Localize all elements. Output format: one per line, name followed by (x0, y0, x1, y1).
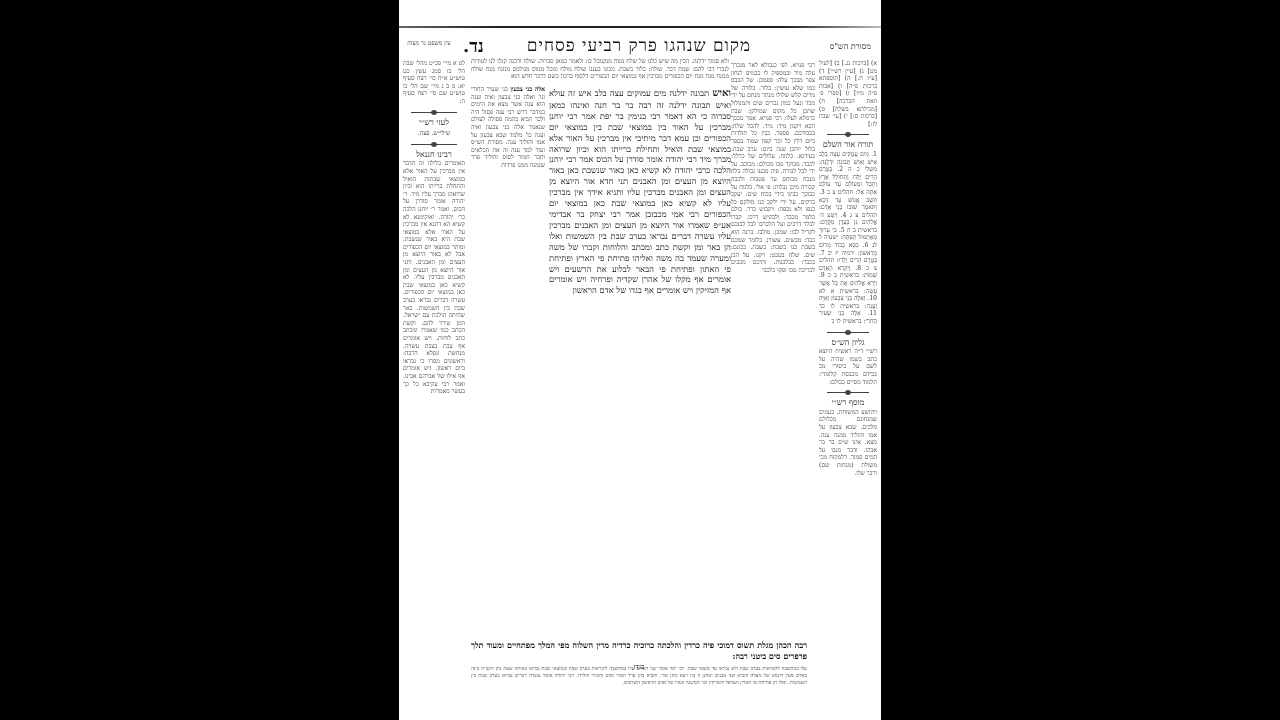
top-rule (399, 26, 881, 28)
torah-or-text: 1. מַיִם עֲמֻקִּים עֵצָה בְלֶב אִישׁ וְא… (819, 151, 877, 325)
gemara-text: ואיש תבונה ידלנה מים עמוקים עצה בלב איש … (549, 88, 731, 638)
gemara-body: תבונה ידלנה מים עמוקים עצה בלב איש זה עו… (549, 88, 731, 295)
rashi-top-text: רבי פנויא. לפי כגבולא לאר מנכרך עלה מיד … (731, 62, 815, 115)
masoret-hashas-text: א) [ברכות נג.] ב) [לעיל מט] ג) [עיין רש״… (819, 60, 877, 128)
tosafot-top: ולא סמוך ידלנה. הכין מה שיש כלנו של שלח … (471, 58, 729, 85)
tosafot-dibur-hamatchil: אלה בני צבעון (510, 86, 545, 93)
rashi-text: שבת כרמלא לעלו: רבי פנויא. אמר מבכך הכא … (731, 108, 815, 274)
tosafot-side-text: בני שעיר החורי וגו' ואלה בני צבעון ואיה … (471, 86, 545, 169)
tosafot-top-text: ולא סמוך ידלנה. הכין מה שיש כלנו של שלח … (471, 58, 729, 80)
rashi-column: רבי פנויא. לפי כגבולא לאר מנכרך עלה מיד … (731, 62, 815, 642)
section-divider (411, 112, 457, 113)
laazei-rashi-title: לעזי רש״י (403, 119, 465, 127)
ein-mishpat-column: לט א מיי׳ פכ״ט מהל׳ שבת הל׳ כז סמג עשין … (403, 60, 465, 700)
section-divider (827, 332, 869, 333)
gilyon-title: גליון הש״ס (819, 339, 877, 347)
tosafot-side-column: אלה בני צבעון בני שעיר החורי וגו' ואלה ב… (471, 86, 545, 616)
footer-notes: עלו במחשבה להבראות בערב שבת ולא נבראו עד… (471, 666, 807, 687)
torah-or-title: תורה אור השלם (819, 141, 877, 149)
rabbeinu-chananel-text: האומרים בלילה זה הדבר אין מברכין על האור… (403, 160, 465, 395)
masoret-hashas-header: מסורת הש"ס (830, 42, 871, 51)
talmud-page: מסורת הש"ס מקום שנהגו פרק רביעי פסחים נד… (399, 0, 881, 720)
footer-notes-text: עלו במחשבה להבראות בערב שבת ולא נבראו עד… (471, 666, 807, 686)
section-divider (827, 134, 869, 135)
daf-number: נד. (463, 36, 484, 57)
right-margin-column: א) [ברכות נג.] ב) [לעיל מט] ג) [עיין רש״… (819, 60, 877, 680)
musaf-rashi-text: ויהושע המשוחת. בעמים שמנחונם מכלולם מלכי… (819, 409, 877, 477)
musaf-rashi-title: מוסף רש״י (819, 399, 877, 407)
ein-mishpat-header: עין משפט נר מצוה (405, 40, 453, 48)
laazei-rashi-text: שילי״ש. פצה. (403, 130, 465, 138)
section-divider (411, 144, 457, 145)
rabbeinu-chananel-title: רבינו חננאל (403, 151, 465, 159)
gilyon-text: רש״י ד״ה ראשית היוצא כתב בשמו שהיה על לש… (819, 348, 877, 385)
page-title: מקום שנהגו פרק רביעי פסחים (519, 36, 759, 56)
section-divider (827, 392, 869, 393)
mishna-body: רבה הכהן מגלת תשוס דמוכי פיה כרדין והלכת… (471, 640, 807, 661)
gemara-opening-word: ואיש (712, 88, 731, 99)
ein-mishpat-text: לט א מיי׳ פכ״ט מהל׳ שבת הל׳ כז סמג עשין … (403, 60, 465, 105)
